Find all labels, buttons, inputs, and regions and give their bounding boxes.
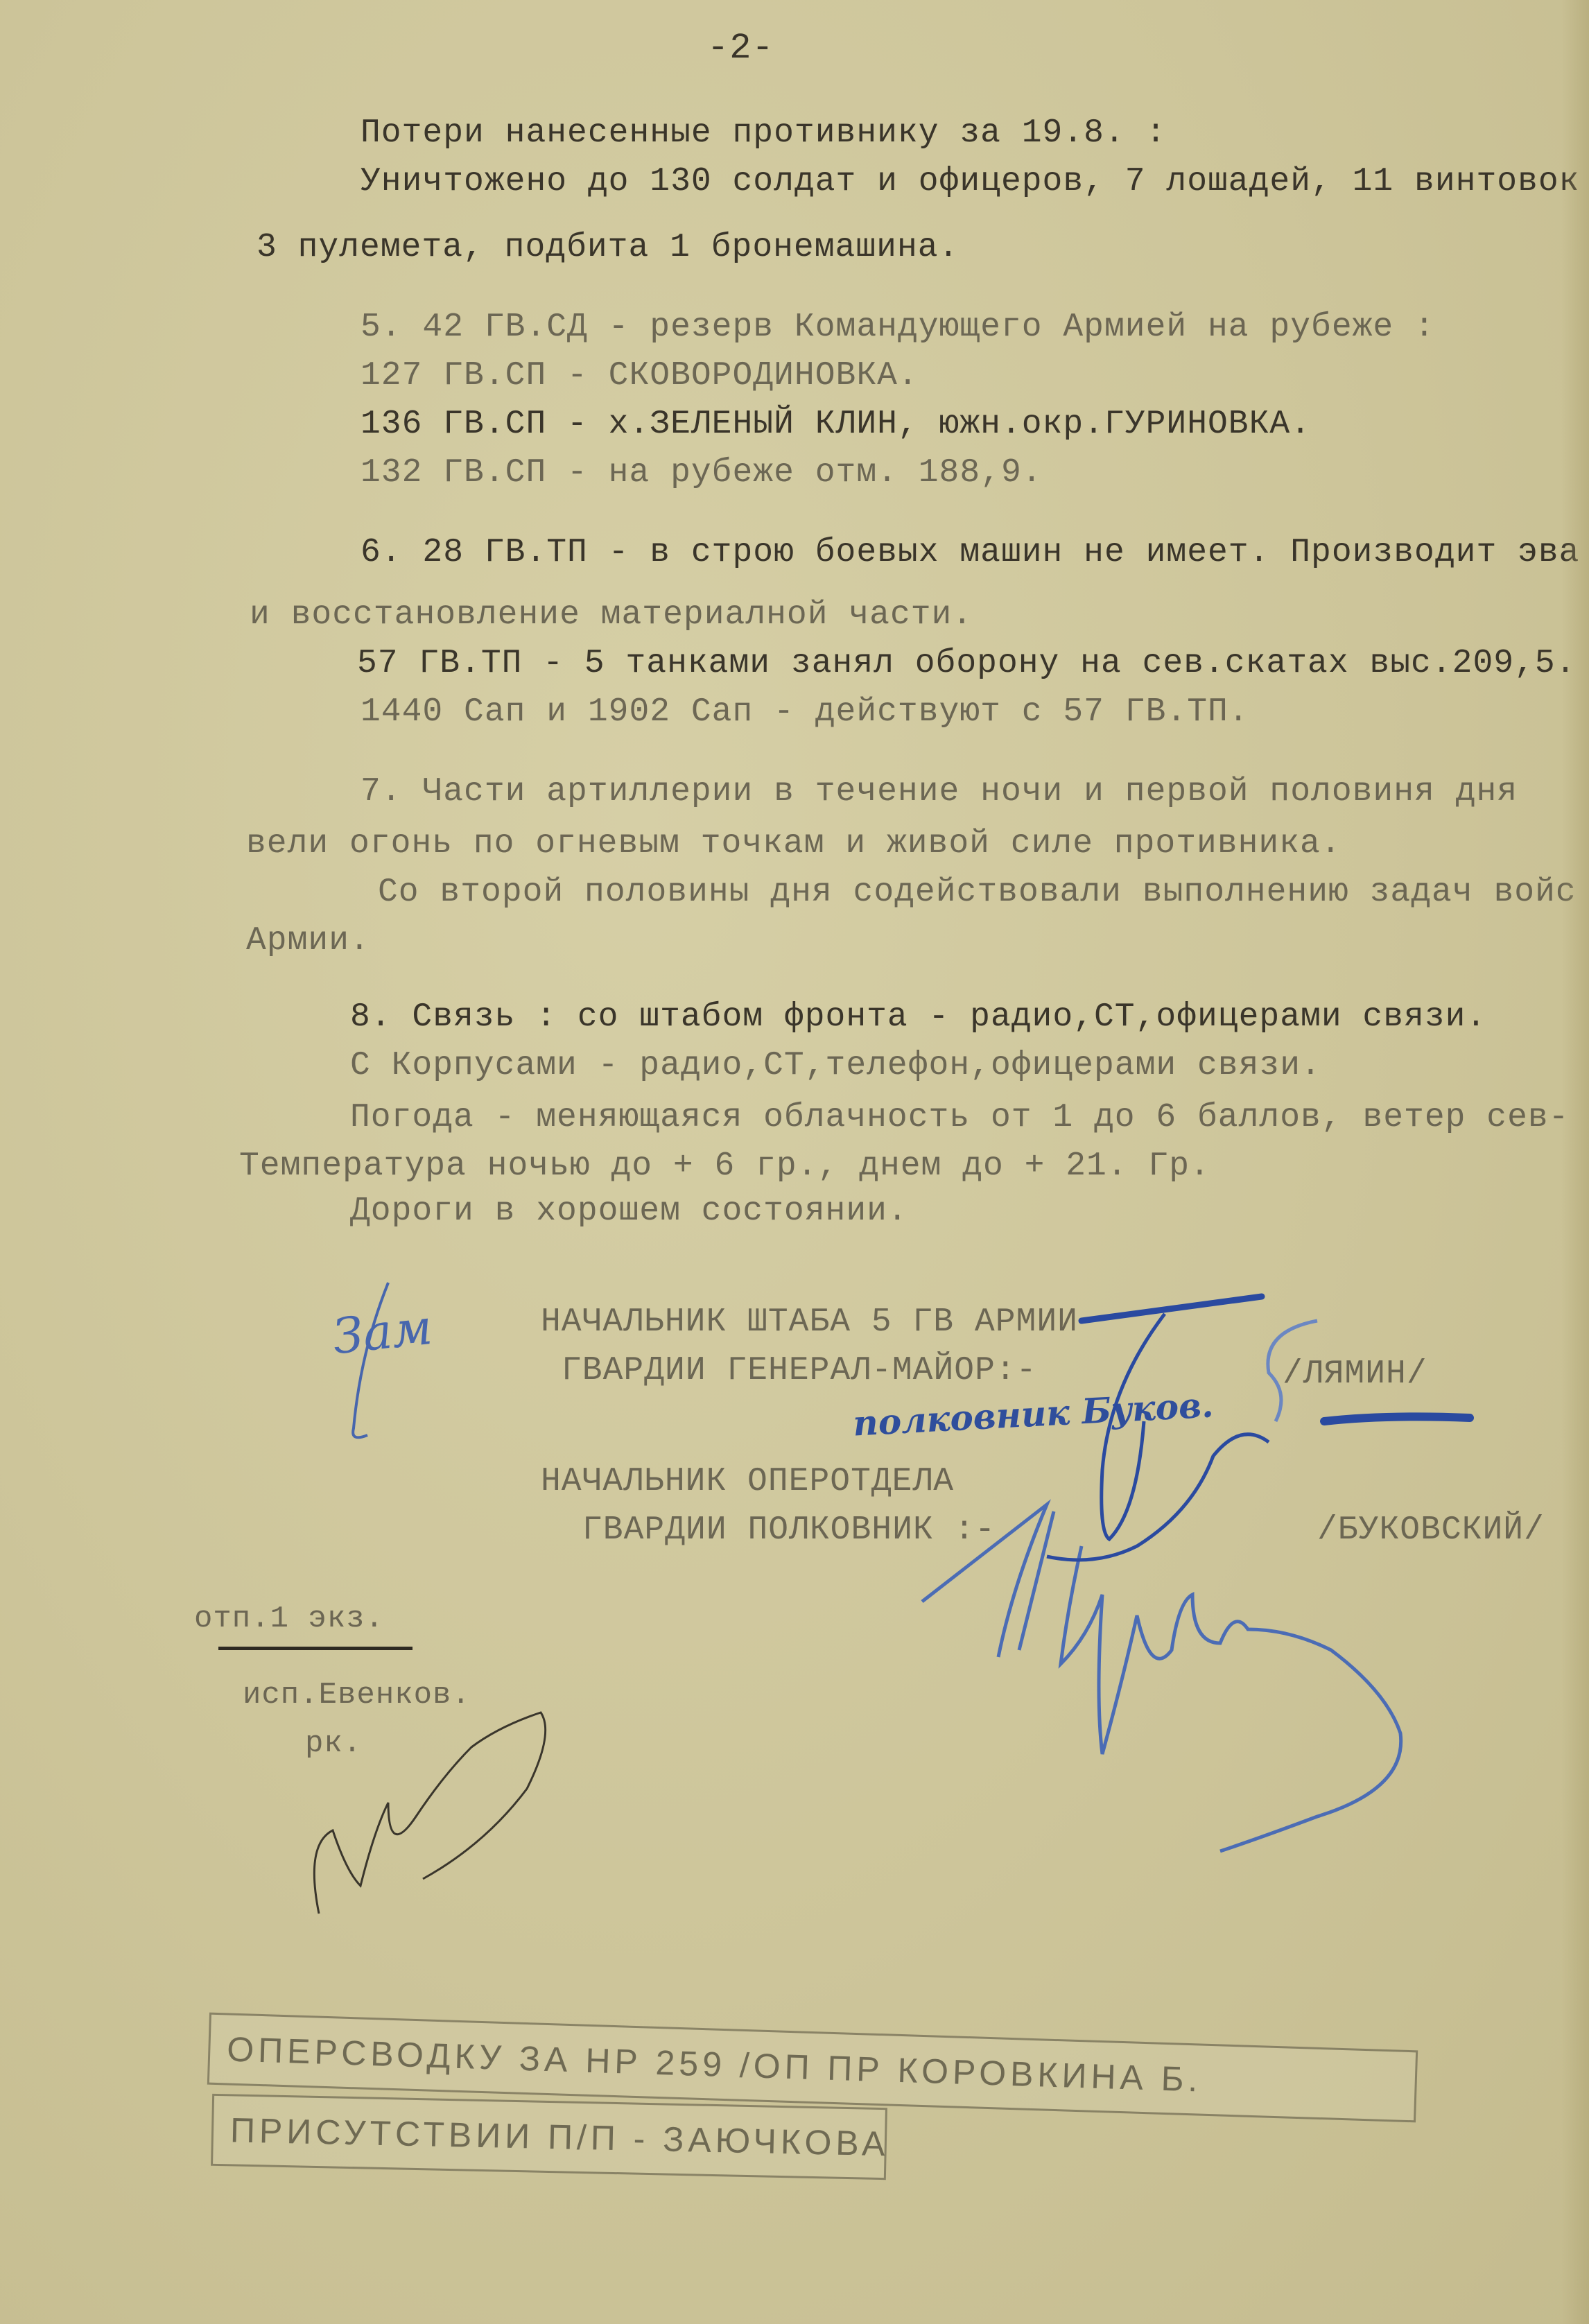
item8-line-2: С Корпусами - радио,СТ,телефон,офицерами… [350, 1047, 1321, 1084]
item8-line-1: 8. Связь : со штабом фронта - радио,СТ,о… [350, 998, 1486, 1036]
item8-line-4: Температура ночью до + 6 гр., днем до + … [239, 1147, 1210, 1185]
item7-line-2: вели огонь по огневым точкам и живой сил… [246, 825, 1341, 862]
item8-line-5: Дороги в хорошем состоянии. [350, 1193, 908, 1230]
document-page: -2- Потери нанесенные противнику за 19.8… [0, 0, 1589, 2324]
footer-rule [218, 1647, 413, 1650]
chief-of-staff-title-2: ГВАРДИИ ГЕНЕРАЛ-МАЙОР:- [562, 1352, 1037, 1389]
item5-line-2: 127 ГВ.СП - СКОВОРОДИНОВКА. [361, 357, 919, 394]
archive-stamp-2: ПРИСУТСТВИИ П/П - ЗАЮЧКОВА [211, 2094, 887, 2180]
losses-line-1: Уничтожено до 130 солдат и офицеров, 7 л… [361, 163, 1579, 200]
item5-line-3: 136 ГВ.СП - х.ЗЕЛЕНЫЙ КЛИН, южн.окр.ГУРИ… [361, 406, 1311, 443]
item7-line-1: 7. Части артиллерии в течение ночи и пер… [361, 773, 1518, 810]
item7-line-3: Со второй половины дня содействовали вып… [378, 874, 1577, 911]
item6-line-3: 57 ГВ.ТП - 5 танками занял оборону на се… [357, 645, 1576, 682]
item7-line-4: Армии. [246, 922, 370, 960]
left-initials-signature: Зам [330, 1299, 435, 1366]
ops-chief-title-2: ГВАРДИИ ПОЛКОВНИК :- [582, 1511, 996, 1549]
chief-of-staff-title-1: НАЧАЛЬНИК ШТАБА 5 ГВ АРМИИ [541, 1303, 1078, 1341]
ops-chief-title-1: НАЧАЛЬНИК ОПЕРОТДЕЛА [541, 1463, 954, 1500]
losses-heading: Потери нанесенные противнику за 19.8. : [361, 114, 1166, 152]
item5-line-1: 5. 42 ГВ.СД - резерв Командующего Армией… [361, 309, 1435, 346]
losses-line-2: 3 пулемета, подбита 1 бронемашина. [257, 229, 959, 266]
item5-line-4: 132 ГВ.СП - на рубеже отм. 188,9. [361, 454, 1043, 492]
ops-chief-name: /БУКОВСКИЙ/ [1317, 1511, 1545, 1549]
item8-line-3: Погода - меняющаяся облачность от 1 до 6… [350, 1099, 1569, 1136]
item6-line-4: 1440 Сап и 1902 Сап - действуют с 57 ГВ.… [361, 693, 1249, 731]
page-number: -2- [707, 28, 774, 69]
item6-line-2: и восстановление материалной части. [250, 596, 973, 634]
item6-line-1: 6. 28 ГВ.ТП - в строю боевых машин не им… [361, 534, 1579, 571]
chief-of-staff-name: /ЛЯМИН/ [1283, 1355, 1427, 1393]
handwritten-note: полковник Буков. [852, 1384, 1215, 1443]
copies-note: отп.1 экз. [194, 1602, 384, 1636]
